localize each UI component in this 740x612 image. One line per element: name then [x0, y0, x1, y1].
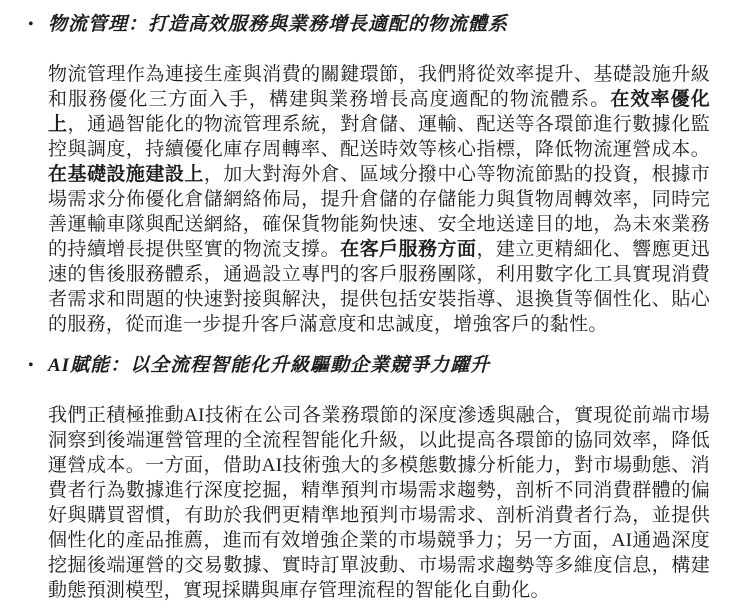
bold-phrase-infrastructure: 在基礎設施建設上	[48, 164, 204, 185]
bold-phrase-customer-service: 在客戶服務方面	[340, 239, 476, 260]
text-segment: 我們正積極推動AI技術在公司各業務環節的深度滲透與融合，實現從前端市場洞察到後端…	[48, 405, 710, 601]
section-paragraph: 我們正積極推動AI技術在公司各業務環節的深度滲透與融合，實現從前端市場洞察到後端…	[48, 403, 710, 603]
section-ai: • AI賦能：以全流程智能化升級驅動企業競爭力躍升 我們正積極推動AI技術在公司…	[48, 353, 710, 603]
section-paragraph: 物流管理作為連接生產與消費的關鍵環節，我們將從效率提升、基礎設施升級和服務優化三…	[48, 62, 710, 337]
bullet-marker: •	[28, 353, 34, 379]
bullet-marker: •	[28, 12, 34, 38]
section-heading-row: • 物流管理：打造高效服務與業務增長適配的物流體系	[48, 12, 710, 39]
text-segment: ，通過智能化的物流管理系統，對倉儲、運輸、配送等各環節進行數據化監控與調度，持續…	[48, 114, 710, 160]
section-heading-row: • AI賦能：以全流程智能化升級驅動企業競爭力躍升	[48, 353, 710, 380]
document-page: • 物流管理：打造高效服務與業務增長適配的物流體系 物流管理作為連接生產與消費的…	[0, 0, 740, 612]
section-logistics: • 物流管理：打造高效服務與業務增長適配的物流體系 物流管理作為連接生產與消費的…	[48, 12, 710, 337]
section-heading: 物流管理：打造高效服務與業務增長適配的物流體系	[48, 14, 508, 35]
section-heading: AI賦能：以全流程智能化升級驅動企業競爭力躍升	[48, 355, 490, 376]
